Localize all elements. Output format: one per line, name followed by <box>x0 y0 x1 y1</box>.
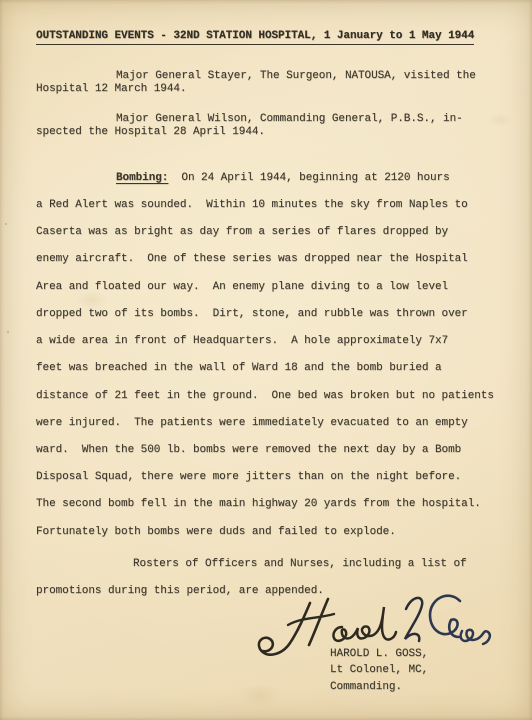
text-line: Bombing: On 24 April 1944, beginning at … <box>116 165 506 192</box>
text-line: a Red Alert was sounded. Within 10 minut… <box>36 192 506 219</box>
text-line: Area and floated our way. An enemy plane… <box>36 274 506 301</box>
signature-name: HAROLD L. GOSS, <box>330 646 428 662</box>
text-line: Disposal Squad, there were more jitters … <box>36 464 506 491</box>
text-line: ward. When the 500 lb. bombs were remove… <box>36 437 506 464</box>
document-title: OUTSTANDING EVENTS - 32ND STATION HOSPIT… <box>36 30 474 45</box>
signature-stroke <box>405 598 422 641</box>
paragraph-bombing: Bombing: On 24 April 1944, beginning at … <box>36 165 506 546</box>
text-line: The second bomb fell in the main highway… <box>36 491 506 518</box>
signature-stroke <box>309 599 328 645</box>
signature-stroke <box>461 630 490 644</box>
signature-block: HAROLD L. GOSS, Lt Colonel, MC, Commandi… <box>330 646 428 695</box>
signature-stroke <box>288 614 334 625</box>
text-line: Rosters of Officers and Nurses, includin… <box>133 551 506 578</box>
paragraph-stayer-visit: Major General Stayer, The Surgeon, NATOU… <box>36 70 506 97</box>
signature-stroke <box>333 607 396 641</box>
signature-stroke <box>430 596 460 637</box>
paragraph-wilson-inspection: Major General Wilson, Commanding General… <box>36 113 506 140</box>
text-segment: On 24 April 1944, beginning at 2120 hour… <box>168 172 449 184</box>
text-line: Caserta was as bright as day from a seri… <box>36 219 506 246</box>
text-line: distance of 21 feet in the ground. One b… <box>36 383 506 410</box>
signature-stroke <box>259 603 310 655</box>
text-line: dropped two of its bombs. Dirt, stone, a… <box>36 301 506 328</box>
text-line: a wide area in front of Headquarters. A … <box>36 328 506 355</box>
signature-role: Commanding. <box>330 679 428 695</box>
bombing-heading: Bombing: <box>116 172 168 184</box>
text-line: were injured. The patients were immediat… <box>36 410 506 437</box>
text-line: Fortunately both bombs were duds and fai… <box>36 519 506 546</box>
text-line: Major General Stayer, The Surgeon, NATOU… <box>116 70 506 84</box>
signature-rank: Lt Colonel, MC, <box>330 662 428 678</box>
text-line: Major General Wilson, Commanding General… <box>116 113 506 127</box>
text-line: enemy aircraft. One of these series was … <box>36 246 506 273</box>
text-line: spected the Hospital 28 April 1944. <box>36 126 506 140</box>
document-page: OUTSTANDING EVENTS - 32ND STATION HOSPIT… <box>0 0 532 720</box>
text-line: Hospital 12 March 1944. <box>36 83 506 97</box>
text-line: feet was breached in the wall of Ward 18… <box>36 355 506 382</box>
